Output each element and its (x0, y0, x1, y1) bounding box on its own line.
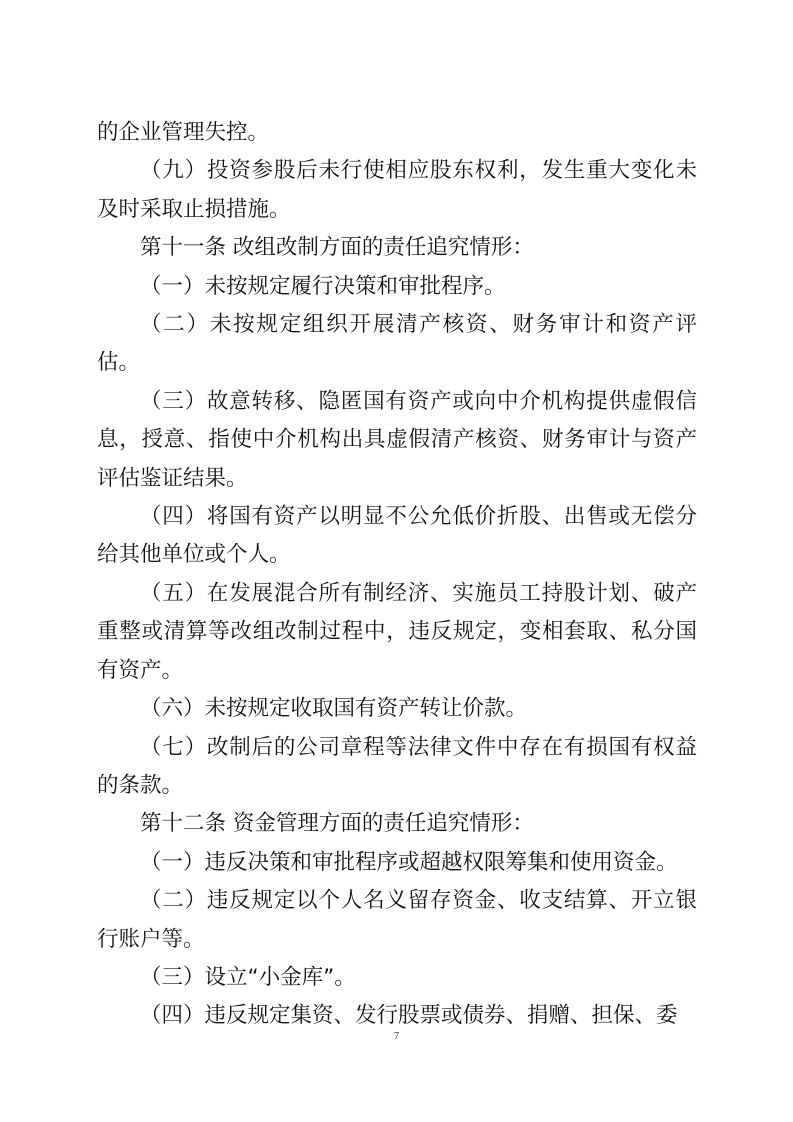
paragraph-item-1: （一）违反决策和审批程序或超越权限筹集和使用资金。 (97, 844, 697, 882)
paragraph-item-9: （九）投资参股后未行使相应股东权利，发生重大变化未及时采取止损措施。 (97, 152, 697, 229)
paragraph-continuation: 的企业管理失控。 (97, 114, 697, 152)
paragraph-item-7: （七）改制后的公司章程等法律文件中存在有损国有权益的条款。 (97, 729, 697, 806)
paragraph-item-3: （三）设立“小金库”。 (97, 959, 697, 997)
paragraph-item-6: （六）未按规定收取国有资产转让价款。 (97, 690, 697, 728)
paragraph-item-4: （四）将国有资产以明显不公允低价折股、出售或无偿分给其他单位或个人。 (97, 498, 697, 575)
paragraph-item-5: （五）在发展混合所有制经济、实施员工持股计划、破产重整或清算等改组改制过程中，违… (97, 575, 697, 690)
article-12-heading: 第十二条 资金管理方面的责任追究情形： (97, 805, 697, 843)
paragraph-item-2: （二）违反规定以个人名义留存资金、收支结算、开立银行账户等。 (97, 882, 697, 959)
paragraph-item-2: （二）未按规定组织开展清产核资、财务审计和资产评估。 (97, 306, 697, 383)
article-11-heading: 第十一条 改组改制方面的责任追究情形： (97, 229, 697, 267)
paragraph-item-3: （三）故意转移、隐匿国有资产或向中介机构提供虚假信息，授意、指使中介机构出具虚假… (97, 383, 697, 498)
paragraph-item-1: （一）未按规定履行决策和审批程序。 (97, 268, 697, 306)
document-page-body: 的企业管理失控。 （九）投资参股后未行使相应股东权利，发生重大变化未及时采取止损… (97, 114, 697, 1036)
page-number: 7 (0, 1030, 793, 1042)
